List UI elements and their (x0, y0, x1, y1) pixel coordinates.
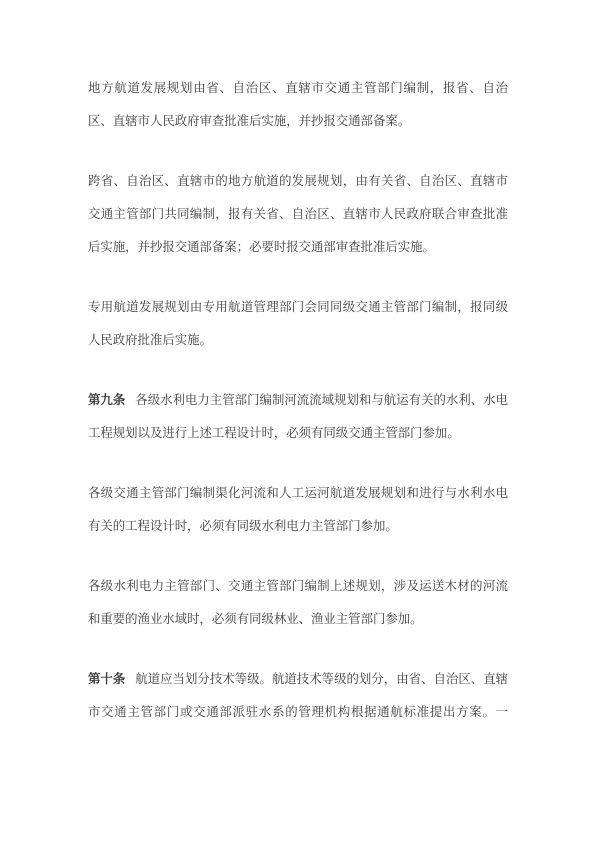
paragraph-text: 各级水利电力主管部门编制河流流域规划和与航运有关的水利、水电工程规划以及进行上述… (88, 393, 508, 440)
paragraph-transport-dept-plan: 各级交通主管部门编制渠化河流和人工运河航道发展规划和进行与水利水电有关的工程设计… (88, 477, 508, 543)
article-number-10: 第十条 (88, 672, 125, 686)
paragraph-text: 各级交通主管部门编制渠化河流和人工运河航道发展规划和进行与水利水电有关的工程设计… (88, 486, 508, 533)
paragraph-text: 专用航道发展规划由专用航道管理部门会同同级交通主管部门编制，报同级人民政府批准后… (88, 300, 508, 347)
paragraph-text: 航道应当划分技术等级。航道技术等级的划分，由省、自治区、直辖市交通主管部门或交通… (88, 672, 508, 719)
paragraph-text: 地方航道发展规划由省、自治区、直辖市交通主管部门编制，报省、自治区、直辖市人民政… (88, 81, 508, 128)
paragraph-local-waterway-plan: 地方航道发展规划由省、自治区、直辖市交通主管部门编制，报省、自治区、直辖市人民政… (88, 72, 508, 138)
document-page: 地方航道发展规划由省、自治区、直辖市交通主管部门编制，报省、自治区、直辖市人民政… (0, 0, 595, 841)
paragraph-text: 跨省、自治区、直辖市的地方航道的发展规划，由有关省、自治区、直辖市交通主管部门共… (88, 174, 508, 254)
paragraph-article-10: 第十条航道应当划分技术等级。航道技术等级的划分，由省、自治区、直辖市交通主管部门… (88, 663, 508, 729)
paragraph-text: 各级水利电力主管部门、交通主管部门编制上述规划，涉及运送木材的河流和重要的渔业水… (88, 579, 508, 626)
paragraph-forestry-fishery: 各级水利电力主管部门、交通主管部门编制上述规划，涉及运送木材的河流和重要的渔业水… (88, 570, 508, 636)
paragraph-article-9: 第九条各级水利电力主管部门编制河流流域规划和与航运有关的水利、水电工程规划以及进… (88, 384, 508, 450)
paragraph-dedicated-waterway-plan: 专用航道发展规划由专用航道管理部门会同同级交通主管部门编制，报同级人民政府批准后… (88, 291, 508, 357)
paragraph-cross-province-plan: 跨省、自治区、直辖市的地方航道的发展规划，由有关省、自治区、直辖市交通主管部门共… (88, 165, 508, 264)
article-number-9: 第九条 (88, 393, 125, 407)
